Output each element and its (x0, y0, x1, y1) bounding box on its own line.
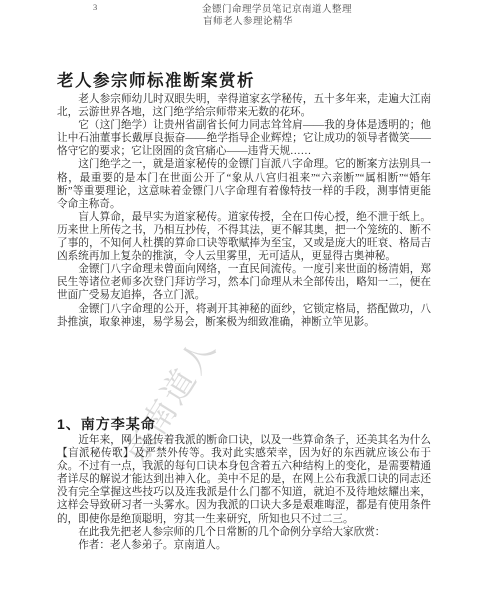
paragraph: 这门绝学之一，就是道家秘传的金镖门盲派八字命理。它的断案方法别具一格，最重要的是… (57, 158, 431, 210)
paragraph: 金镖门八字命理的公开，将剥开其神秘的面纱，它锁定格局，搭配做功，八卦推演，取象神… (57, 303, 431, 329)
paragraph: 在此我先把老人参宗师的几个日常断的几个命例分享给大家欣赏： (57, 526, 431, 539)
section-heading: 1、南方李某命 (57, 414, 156, 434)
paragraph: 它（这门绝学）让贵州省副省长何力同志耸耸肩——我的身体是透明的；他让中石油董事长… (57, 119, 431, 158)
running-header-line2: 盲师老人参理论精华 (148, 13, 348, 27)
section-paragraphs: 近年来，网上盛传着我派的断命口诀，以及一些算命条子，还美其名为什么【盲派秘传歌】… (57, 434, 431, 552)
paragraph: 盲人算命，最早实为道家秘传。道家传授，全在口传心授，绝不泄于纸上。历来世上所传之… (57, 211, 431, 263)
paragraph: 老人参宗师幼儿时双眼失明，幸得道家玄学秘传，五十多年来，走遍大江南北，云游世界各… (57, 93, 431, 119)
document-title: 老人参宗师标准断案赏析 (57, 67, 255, 91)
paragraph: 作者：老人参弟子。京南道人。 (57, 539, 431, 552)
intro-paragraphs: 老人参宗师幼儿时双眼失明，幸得道家玄学秘传，五十多年来，走遍大江南北，云游世界各… (57, 93, 431, 329)
paragraph: 金镖门八字命理未曾面向网络，一直民间流传。一度引来世面的杨清娟，郑民生等诸位老师… (57, 263, 431, 302)
paragraph: 近年来，网上盛传着我派的断命口诀，以及一些算命条子，还美其名为什么【盲派秘传歌】… (57, 434, 431, 526)
page-number: 3 (93, 2, 97, 12)
